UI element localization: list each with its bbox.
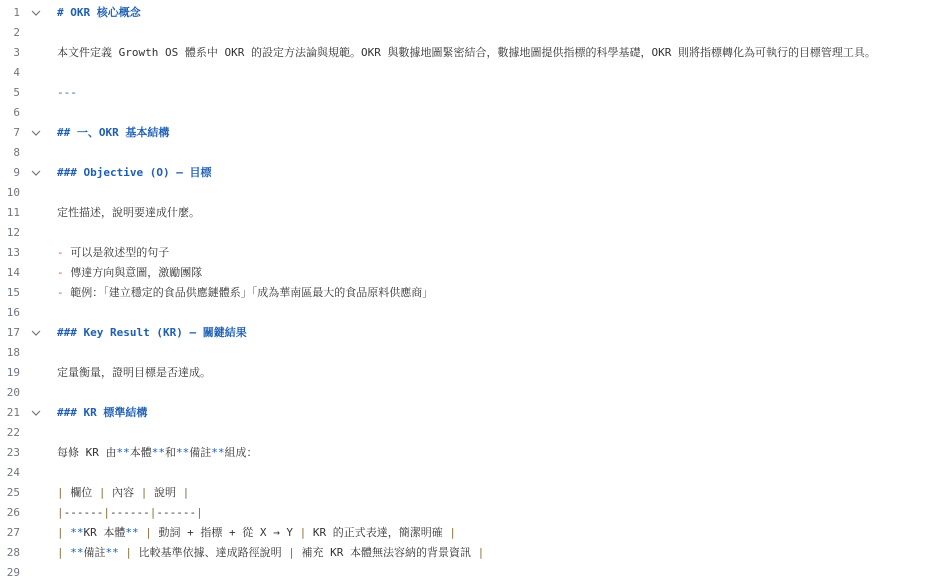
line-number: 21 <box>0 403 20 423</box>
rich-text-line: | **備註** | 比較基準依據、達成路徑說明 | 補充 KR 本體無法容納的… <box>57 543 484 563</box>
list-item-text: 傳達方向與意圖，激勵團隊 <box>70 266 202 279</box>
markdown-heading: ## 一、OKR 基本結構 <box>57 123 169 143</box>
line-number: 9 <box>0 163 20 183</box>
editor-line[interactable]: 3本文件定義 Growth OS 體系中 OKR 的設定方法論與規範。OKR 與… <box>0 43 946 63</box>
fold-chevron-icon[interactable] <box>30 403 42 423</box>
table-pipe: | <box>196 506 203 519</box>
table-pipe: | <box>99 486 106 499</box>
editor-line[interactable]: 22 <box>0 423 946 443</box>
table-pipe: | <box>57 546 64 559</box>
list-item-text: 可以是敘述型的句子 <box>70 246 169 259</box>
editor-line[interactable]: 9### Objective (O) — 目標 <box>0 163 946 183</box>
line-number: 8 <box>0 143 20 163</box>
fold-chevron-icon[interactable] <box>30 3 42 23</box>
editor-line[interactable]: 12 <box>0 223 946 243</box>
bold-marker: ** <box>152 446 165 459</box>
editor-line[interactable]: 17### Key Result (KR) — 關鍵結果 <box>0 323 946 343</box>
editor-line[interactable]: 1# OKR 核心概念 <box>0 3 946 23</box>
editor-line[interactable]: 19定量衡量，證明目標是否達成。 <box>0 363 946 383</box>
line-number: 12 <box>0 223 20 243</box>
editor-line[interactable]: 16 <box>0 303 946 323</box>
line-number: 6 <box>0 103 20 123</box>
table-pipe: | <box>125 546 132 559</box>
rich-text-line: 每條 KR 由**本體**和**備註**組成： <box>57 443 258 463</box>
line-number: 26 <box>0 503 20 523</box>
text-segment: ------ <box>156 506 196 519</box>
editor-line[interactable]: 10 <box>0 183 946 203</box>
line-number: 13 <box>0 243 20 263</box>
line-number: 19 <box>0 363 20 383</box>
markdown-heading: # OKR 核心概念 <box>57 3 141 23</box>
list-item: - 可以是敘述型的句子 <box>57 243 169 263</box>
list-item-text: 範例：「建立穩定的食品供應鏈體系」「成為華南區最大的食品原料供應商」 <box>70 286 433 299</box>
text-segment: 組成： <box>225 446 258 459</box>
editor-line[interactable]: 21### KR 標準結構 <box>0 403 946 423</box>
paragraph-text: 本文件定義 Growth OS 體系中 OKR 的設定方法論與規範。OKR 與數… <box>57 43 876 63</box>
editor-line[interactable]: 28| **備註** | 比較基準依據、達成路徑說明 | 補充 KR 本體無法容… <box>0 543 946 563</box>
table-pipe: | <box>57 506 64 519</box>
text-segment: 和 <box>165 446 176 459</box>
table-pipe: | <box>478 546 485 559</box>
paragraph-text: 定量衡量，證明目標是否達成。 <box>57 363 211 383</box>
line-number: 18 <box>0 343 20 363</box>
editor-line[interactable]: 15- 範例：「建立穩定的食品供應鏈體系」「成為華南區最大的食品原料供應商」 <box>0 283 946 303</box>
text-segment: 每條 KR 由 <box>57 446 117 459</box>
horizontal-rule: --- <box>57 83 77 103</box>
editor-line[interactable]: 7## 一、OKR 基本結構 <box>0 123 946 143</box>
text-segment: 備註 <box>84 546 106 559</box>
table-pipe: | <box>57 526 64 539</box>
list-item: - 傳達方向與意圖，激勵團隊 <box>57 263 202 283</box>
editor-line[interactable]: 24 <box>0 463 946 483</box>
line-number: 20 <box>0 383 20 403</box>
markdown-heading: ### Key Result (KR) — 關鍵結果 <box>57 323 247 343</box>
bold-marker: ** <box>125 526 138 539</box>
bold-marker: ** <box>176 446 189 459</box>
line-number: 7 <box>0 123 20 143</box>
fold-chevron-icon[interactable] <box>30 123 42 143</box>
line-number: 27 <box>0 523 20 543</box>
text-segment: 動詞 + 指標 + 從 X → Y <box>152 526 300 539</box>
table-pipe: | <box>57 486 64 499</box>
line-number: 17 <box>0 323 20 343</box>
line-number: 2 <box>0 23 20 43</box>
line-number: 1 <box>0 3 20 23</box>
table-pipe: | <box>183 486 190 499</box>
editor-line[interactable]: 8 <box>0 143 946 163</box>
editor-line[interactable]: 13- 可以是敘述型的句子 <box>0 243 946 263</box>
bold-marker: ** <box>70 526 83 539</box>
text-segment: 比較基準依據、達成路徑說明 <box>132 546 288 559</box>
text-segment: ------ <box>110 506 150 519</box>
text-segment: 內容 <box>106 486 141 499</box>
editor-line[interactable]: 11定性描述，說明要達成什麼。 <box>0 203 946 223</box>
markdown-editor[interactable]: 1# OKR 核心概念23本文件定義 Growth OS 體系中 OKR 的設定… <box>0 0 946 584</box>
line-number: 10 <box>0 183 20 203</box>
text-segment: 欄位 <box>64 486 99 499</box>
line-number: 3 <box>0 43 20 63</box>
markdown-heading: ### Objective (O) — 目標 <box>57 163 211 183</box>
bold-marker: ** <box>117 446 130 459</box>
text-segment: KR 本體 <box>84 526 126 539</box>
line-number: 28 <box>0 543 20 563</box>
line-number: 24 <box>0 463 20 483</box>
fold-chevron-icon[interactable] <box>30 323 42 343</box>
editor-line[interactable]: 14- 傳達方向與意圖，激勵團隊 <box>0 263 946 283</box>
line-number: 16 <box>0 303 20 323</box>
line-number: 22 <box>0 423 20 443</box>
editor-line[interactable]: 27| **KR 本體** | 動詞 + 指標 + 從 X → Y | KR 的… <box>0 523 946 543</box>
editor-line[interactable]: 25| 欄位 | 內容 | 說明 | <box>0 483 946 503</box>
table-pipe: | <box>103 506 110 519</box>
fold-chevron-icon[interactable] <box>30 163 42 183</box>
editor-line[interactable]: 6 <box>0 103 946 123</box>
bold-marker: ** <box>106 546 119 559</box>
bullet-marker: - <box>57 246 64 259</box>
editor-line[interactable]: 20 <box>0 383 946 403</box>
text-segment: 補充 KR 本體無法容納的背景資訊 <box>295 546 478 559</box>
editor-line[interactable]: 18 <box>0 343 946 363</box>
editor-line[interactable]: 2 <box>0 23 946 43</box>
line-number: 23 <box>0 443 20 463</box>
editor-line[interactable]: 4 <box>0 63 946 83</box>
text-segment: 說明 <box>147 486 182 499</box>
text-segment: 本體 <box>130 446 152 459</box>
line-number: 5 <box>0 83 20 103</box>
line-number: 4 <box>0 63 20 83</box>
line-number: 11 <box>0 203 20 223</box>
bullet-marker: - <box>57 266 64 279</box>
table-pipe: | <box>145 526 152 539</box>
table-pipe: | <box>288 546 295 559</box>
bold-marker: ** <box>211 446 224 459</box>
text-segment: KR 的正式表達，簡潔明確 <box>306 526 449 539</box>
rich-text-line: |------|------|------| <box>57 503 203 523</box>
markdown-heading: ### KR 標準結構 <box>57 403 147 423</box>
text-segment: 備註 <box>189 446 211 459</box>
rich-text-line: | 欄位 | 內容 | 說明 | <box>57 483 189 503</box>
editor-line[interactable]: 29 <box>0 563 946 583</box>
editor-line[interactable]: 5--- <box>0 83 946 103</box>
rich-text-line: | **KR 本體** | 動詞 + 指標 + 從 X → Y | KR 的正式… <box>57 523 456 543</box>
table-pipe: | <box>449 526 456 539</box>
text-segment: ------ <box>64 506 104 519</box>
line-number: 15 <box>0 283 20 303</box>
line-number: 14 <box>0 263 20 283</box>
paragraph-text: 定性描述，說明要達成什麼。 <box>57 203 200 223</box>
list-item: - 範例：「建立穩定的食品供應鏈體系」「成為華南區最大的食品原料供應商」 <box>57 283 433 303</box>
editor-line[interactable]: 23每條 KR 由**本體**和**備註**組成： <box>0 443 946 463</box>
bullet-marker: - <box>57 286 64 299</box>
editor-line[interactable]: 26|------|------|------| <box>0 503 946 523</box>
line-number: 29 <box>0 563 20 583</box>
line-number: 25 <box>0 483 20 503</box>
bold-marker: ** <box>70 546 83 559</box>
